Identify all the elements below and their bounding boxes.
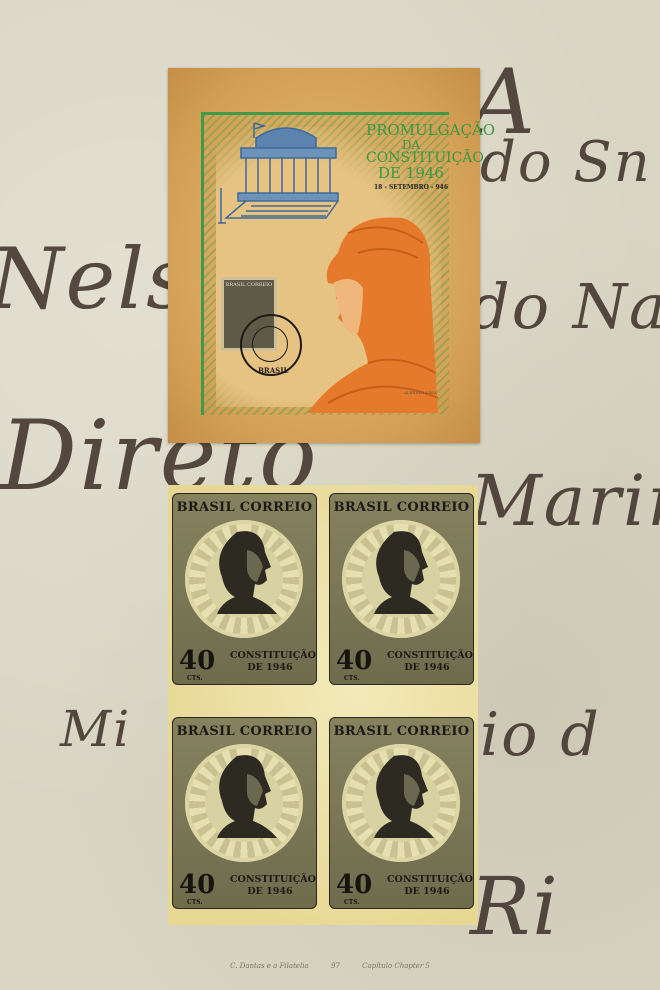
artist-signature: ALBERTO LIMA xyxy=(404,390,437,395)
stamp-caption: CONSTITUIÇÃODE 1946 xyxy=(230,650,310,674)
script-fragment: io d xyxy=(480,700,601,770)
stamp: BRASIL CORREIO 40 CTS. CONSTITUIÇÃODE 19… xyxy=(172,493,317,685)
script-fragment: Mi xyxy=(60,700,131,758)
stamp-unit: CTS. xyxy=(344,675,359,682)
footer-right: Capítulo Chapter 5 xyxy=(362,962,430,970)
card-title: PROMULGAÇÃO DA CONSTITUIÇÃO DE 1946 18 -… xyxy=(366,123,456,191)
page-footer: C. Dantas e a Filatelia 97 Capítulo Chap… xyxy=(0,962,660,970)
postmark: BRASIL xyxy=(240,314,302,376)
card-date: 18 - SETEMBRO - 946 xyxy=(366,185,456,191)
stamp: BRASIL CORREIO 40 CTS. CONSTITUIÇÃODE 19… xyxy=(172,717,317,909)
liberty-bust-icon xyxy=(197,522,287,622)
script-fragment: do Na xyxy=(470,270,660,343)
stamp-caption: CONSTITUIÇÃODE 1946 xyxy=(230,874,310,898)
liberty-bust-icon xyxy=(197,746,287,846)
stamp-header: BRASIL CORREIO xyxy=(330,500,473,515)
footer-left: C. Dantas e a Filatelia xyxy=(230,962,309,970)
liberty-bust-icon xyxy=(354,522,444,622)
stamp-unit: CTS. xyxy=(344,899,359,906)
helmeted-republic-illustration xyxy=(308,213,448,413)
liberty-bust-icon xyxy=(354,746,444,846)
stamp-value: 40 xyxy=(179,872,215,898)
stamp-header: BRASIL CORREIO xyxy=(330,724,473,739)
script-fragment: Marin xyxy=(470,460,660,542)
palace-building-illustration xyxy=(216,118,356,228)
stamp-value: 40 xyxy=(336,648,372,674)
stamp-unit: CTS. xyxy=(187,675,202,682)
souvenir-card: PROMULGAÇÃO DA CONSTITUIÇÃO DE 1946 18 -… xyxy=(168,68,480,443)
stamp-caption: CONSTITUIÇÃODE 1946 xyxy=(387,650,467,674)
stamp: BRASIL CORREIO 40 CTS. CONSTITUIÇÃODE 19… xyxy=(329,717,474,909)
script-fragment: do Sn xyxy=(480,130,652,195)
page-number: 97 xyxy=(331,962,340,970)
stamp-unit: CTS. xyxy=(187,899,202,906)
stamp-header: BRASIL CORREIO xyxy=(173,724,316,739)
stamp-caption: CONSTITUIÇÃODE 1946 xyxy=(387,874,467,898)
stamp-value: 40 xyxy=(179,648,215,674)
stamp-block: BRASIL CORREIO 40 CTS. CONSTITUIÇÃODE 19… xyxy=(168,485,478,925)
stamp: BRASIL CORREIO 40 CTS. CONSTITUIÇÃODE 19… xyxy=(329,493,474,685)
stamp-header: BRASIL CORREIO xyxy=(173,500,316,515)
script-fragment: Ri xyxy=(470,860,560,953)
stamp-value: 40 xyxy=(336,872,372,898)
